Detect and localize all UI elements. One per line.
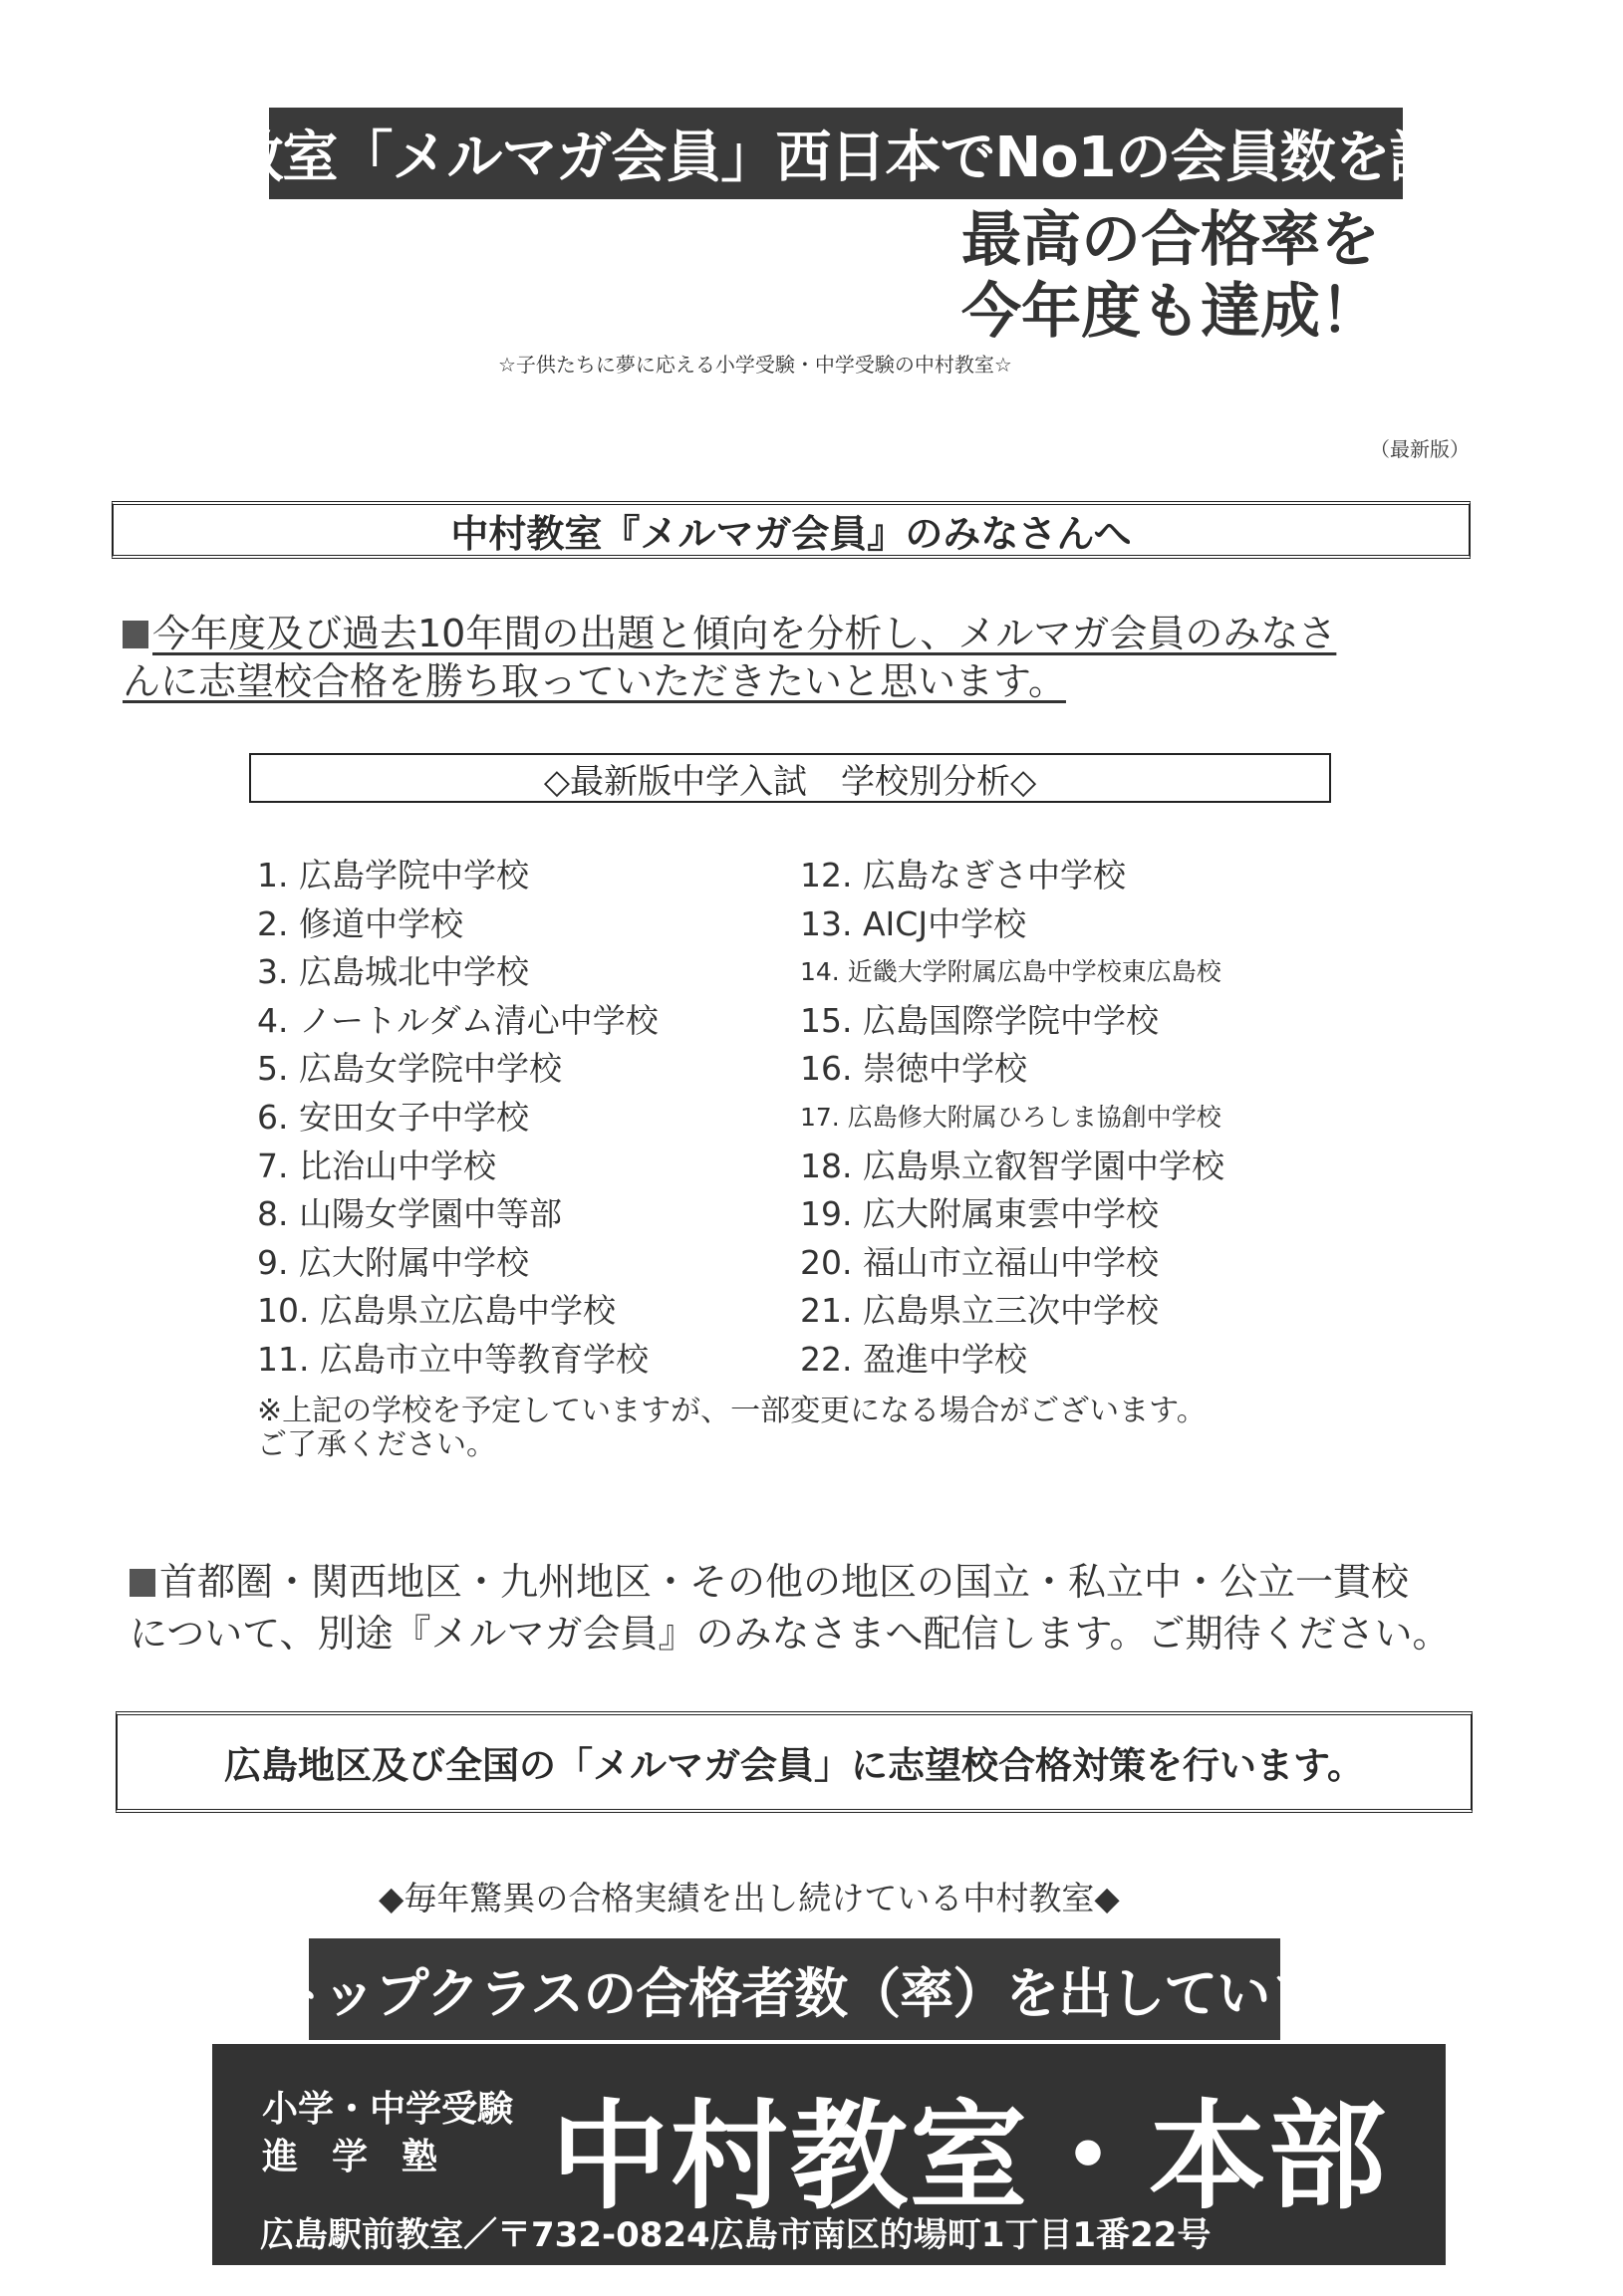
list-item: 14. 近畿大学附属広島中学校東広島校 bbox=[800, 948, 1224, 997]
goal-box: 広島地区及び全国の「メルマガ会員」に志望校合格対策を行います。 bbox=[116, 1711, 1473, 1813]
schedule-note: ※上記の学校を予定していますが、一部変更になる場合がございます。 ご了承ください… bbox=[257, 1395, 1207, 1462]
headline-line-1: 最高の合格率を bbox=[961, 204, 1380, 276]
list-item: 9. 広大附属中学校 bbox=[257, 1239, 659, 1288]
intro-line-2: んに志望校合格を勝ち取っていただきたいと思います。 bbox=[123, 657, 1336, 705]
school-list-right: 12. 広島なぎさ中学校 13. AICJ中学校 14. 近畿大学附属広島中学校… bbox=[800, 852, 1224, 1385]
list-item: 13. AICJ中学校 bbox=[800, 900, 1224, 949]
results-line: ◆毎年驚異の合格実績を出し続けている中村教室◆ bbox=[379, 1873, 1120, 1919]
footer-box: 小学・中学受験 進学塾 中村教室・本部 広島駅前教室／〒732-0824広島市南… bbox=[212, 2044, 1446, 2265]
rank-banner: 全国トップクラスの合格者数（率）を出しています。 bbox=[309, 1938, 1280, 2040]
black-square-icon bbox=[123, 621, 148, 648]
list-item: 10. 広島県立広島中学校 bbox=[257, 1287, 659, 1336]
headline-line-2: 今年度も達成！ bbox=[961, 276, 1380, 348]
headline: 最高の合格率を 今年度も達成！ bbox=[961, 204, 1380, 348]
note-line-2: ご了承ください。 bbox=[257, 1428, 1207, 1462]
list-item: 17. 広島修大附属ひろしま協創中学校 bbox=[800, 1094, 1224, 1143]
note-line-1: ※上記の学校を予定していますが、一部変更になる場合がございます。 bbox=[257, 1395, 1207, 1428]
list-item: 11. 広島市立中等教育学校 bbox=[257, 1336, 659, 1385]
list-item: 18. 広島県立叡智学園中学校 bbox=[800, 1143, 1224, 1191]
regions-paragraph: 首都圏・関西地区・九州地区・その他の地区の国立・私立中・公立一貫校 について、別… bbox=[130, 1556, 1450, 1659]
list-item: 4. ノートルダム清心中学校 bbox=[257, 997, 659, 1046]
list-item: 3. 広島城北中学校 bbox=[257, 948, 659, 997]
footer-sub-line-1: 小学・中学受験 bbox=[262, 2086, 513, 2134]
list-item: 12. 広島なぎさ中学校 bbox=[800, 852, 1224, 900]
footer-sub-line-2: 進学塾 bbox=[262, 2134, 513, 2181]
list-item: 7. 比治山中学校 bbox=[257, 1143, 659, 1191]
list-item: 15. 広島国際学院中学校 bbox=[800, 997, 1224, 1046]
tagline: ☆子供たちに夢に応える小学受験・中学受験の中村教室☆ bbox=[498, 349, 1012, 378]
list-item: 5. 広島女学院中学校 bbox=[257, 1045, 659, 1094]
top-banner: 中村教室「メルマガ会員」西日本でNo1の会員数を誇る！ bbox=[269, 108, 1403, 199]
regions-line-1: 首都圏・関西地区・九州地区・その他の地区の国立・私立中・公立一貫校 bbox=[159, 1560, 1409, 1604]
footer-subtitle: 小学・中学受験 進学塾 bbox=[262, 2086, 513, 2181]
list-item: 20. 福山市立福山中学校 bbox=[800, 1239, 1224, 1288]
list-item: 6. 安田女子中学校 bbox=[257, 1094, 659, 1143]
intro-paragraph: 今年度及び過去10年間の出題と傾向を分析し、メルマガ会員のみなさ んに志望校合格… bbox=[123, 610, 1336, 705]
edition-label: （最新版） bbox=[1370, 433, 1470, 462]
members-heading: 中村教室『メルマガ会員』のみなさんへ bbox=[112, 501, 1471, 559]
school-address: 広島駅前教室／〒732-0824広島市南区的場町1丁目1番22号 bbox=[260, 2207, 1211, 2256]
list-item: 19. 広大附属東雲中学校 bbox=[800, 1190, 1224, 1239]
black-square-icon bbox=[130, 1569, 155, 1597]
list-item: 2. 修道中学校 bbox=[257, 900, 659, 949]
intro-line-1: 今年度及び過去10年間の出題と傾向を分析し、メルマガ会員のみなさ bbox=[152, 612, 1336, 655]
regions-line-2: について、別途『メルマガ会員』のみなさまへ配信します。ご期待ください。 bbox=[130, 1608, 1450, 1659]
list-item: 22. 盈進中学校 bbox=[800, 1336, 1224, 1385]
list-item: 21. 広島県立三次中学校 bbox=[800, 1287, 1224, 1336]
analysis-title: ◇最新版中学入試 学校別分析◇ bbox=[249, 753, 1331, 803]
list-item: 16. 崇徳中学校 bbox=[800, 1045, 1224, 1094]
list-item: 8. 山陽女学園中等部 bbox=[257, 1190, 659, 1239]
school-name: 中村教室・本部 bbox=[551, 2062, 1388, 2231]
list-item: 1. 広島学院中学校 bbox=[257, 852, 659, 900]
school-list-left: 1. 広島学院中学校 2. 修道中学校 3. 広島城北中学校 4. ノートルダム… bbox=[257, 852, 659, 1385]
